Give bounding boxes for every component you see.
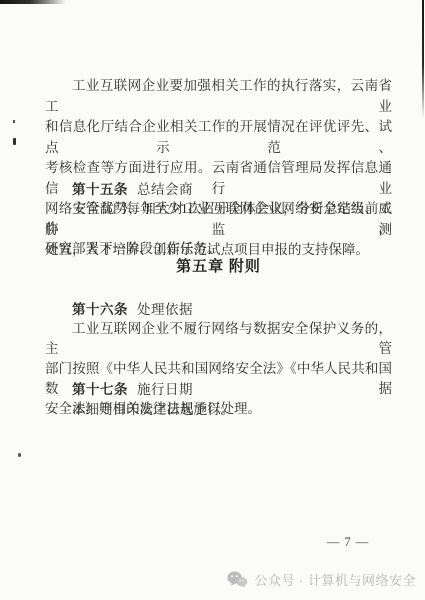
wechat-icon <box>227 571 248 588</box>
text-line: 工业互联网企业不履行网络与数据安全保护义务的，主管 <box>45 319 392 359</box>
text-line: 工业互联网企业要加强相关工作的执行落实，云南省工业 <box>45 76 392 117</box>
scan-speck <box>13 120 15 123</box>
paragraph-effective-date: 本细则自印发之日起施行。 <box>72 400 234 420</box>
article-15-heading: 第十五条总结会商 <box>72 180 193 200</box>
article-title: 总结会商 <box>137 182 193 197</box>
document-page: 工业互联网企业要加强相关工作的执行落实，云南省工业 和信息化厅结合企业相关工作的… <box>0 0 425 600</box>
scan-edge-artifact-right <box>422 0 424 118</box>
footer-account-label: 公众号 · 计算机与网络安全 <box>254 570 416 589</box>
article-16-heading: 第十六条处理依据 <box>72 300 193 320</box>
article-number: 第十五条 <box>72 182 128 197</box>
scan-speck <box>13 138 16 145</box>
scan-edge-artifact-top <box>0 0 66 4</box>
page-number: — 7 — <box>298 535 398 550</box>
article-title: 施行日期 <box>137 382 193 397</box>
article-number: 第十六条 <box>72 302 128 317</box>
text-line: 主管部门每年至少1次召开全体会议，分析总结当前工作， <box>45 199 392 239</box>
paragraph-annual-meeting: 主管部门每年至少1次召开全体会议，分析总结当前工作， 研究部署下一阶段工作任务。 <box>45 199 392 259</box>
chapter-5-heading: 第五章 附则 <box>45 255 392 276</box>
article-number: 第十七条 <box>72 382 128 397</box>
text-line: 和信息化厅结合企业相关工作的开展情况在评优评先、试点示范、 <box>45 117 392 158</box>
footer-watermark: 公众号 · 计算机与网络安全 <box>227 569 416 589</box>
article-17-heading: 第十七条施行日期 <box>72 380 193 400</box>
text-line: 本细则自印发之日起施行。 <box>72 402 234 417</box>
scan-speck <box>18 453 21 457</box>
article-title: 处理依据 <box>137 302 193 317</box>
